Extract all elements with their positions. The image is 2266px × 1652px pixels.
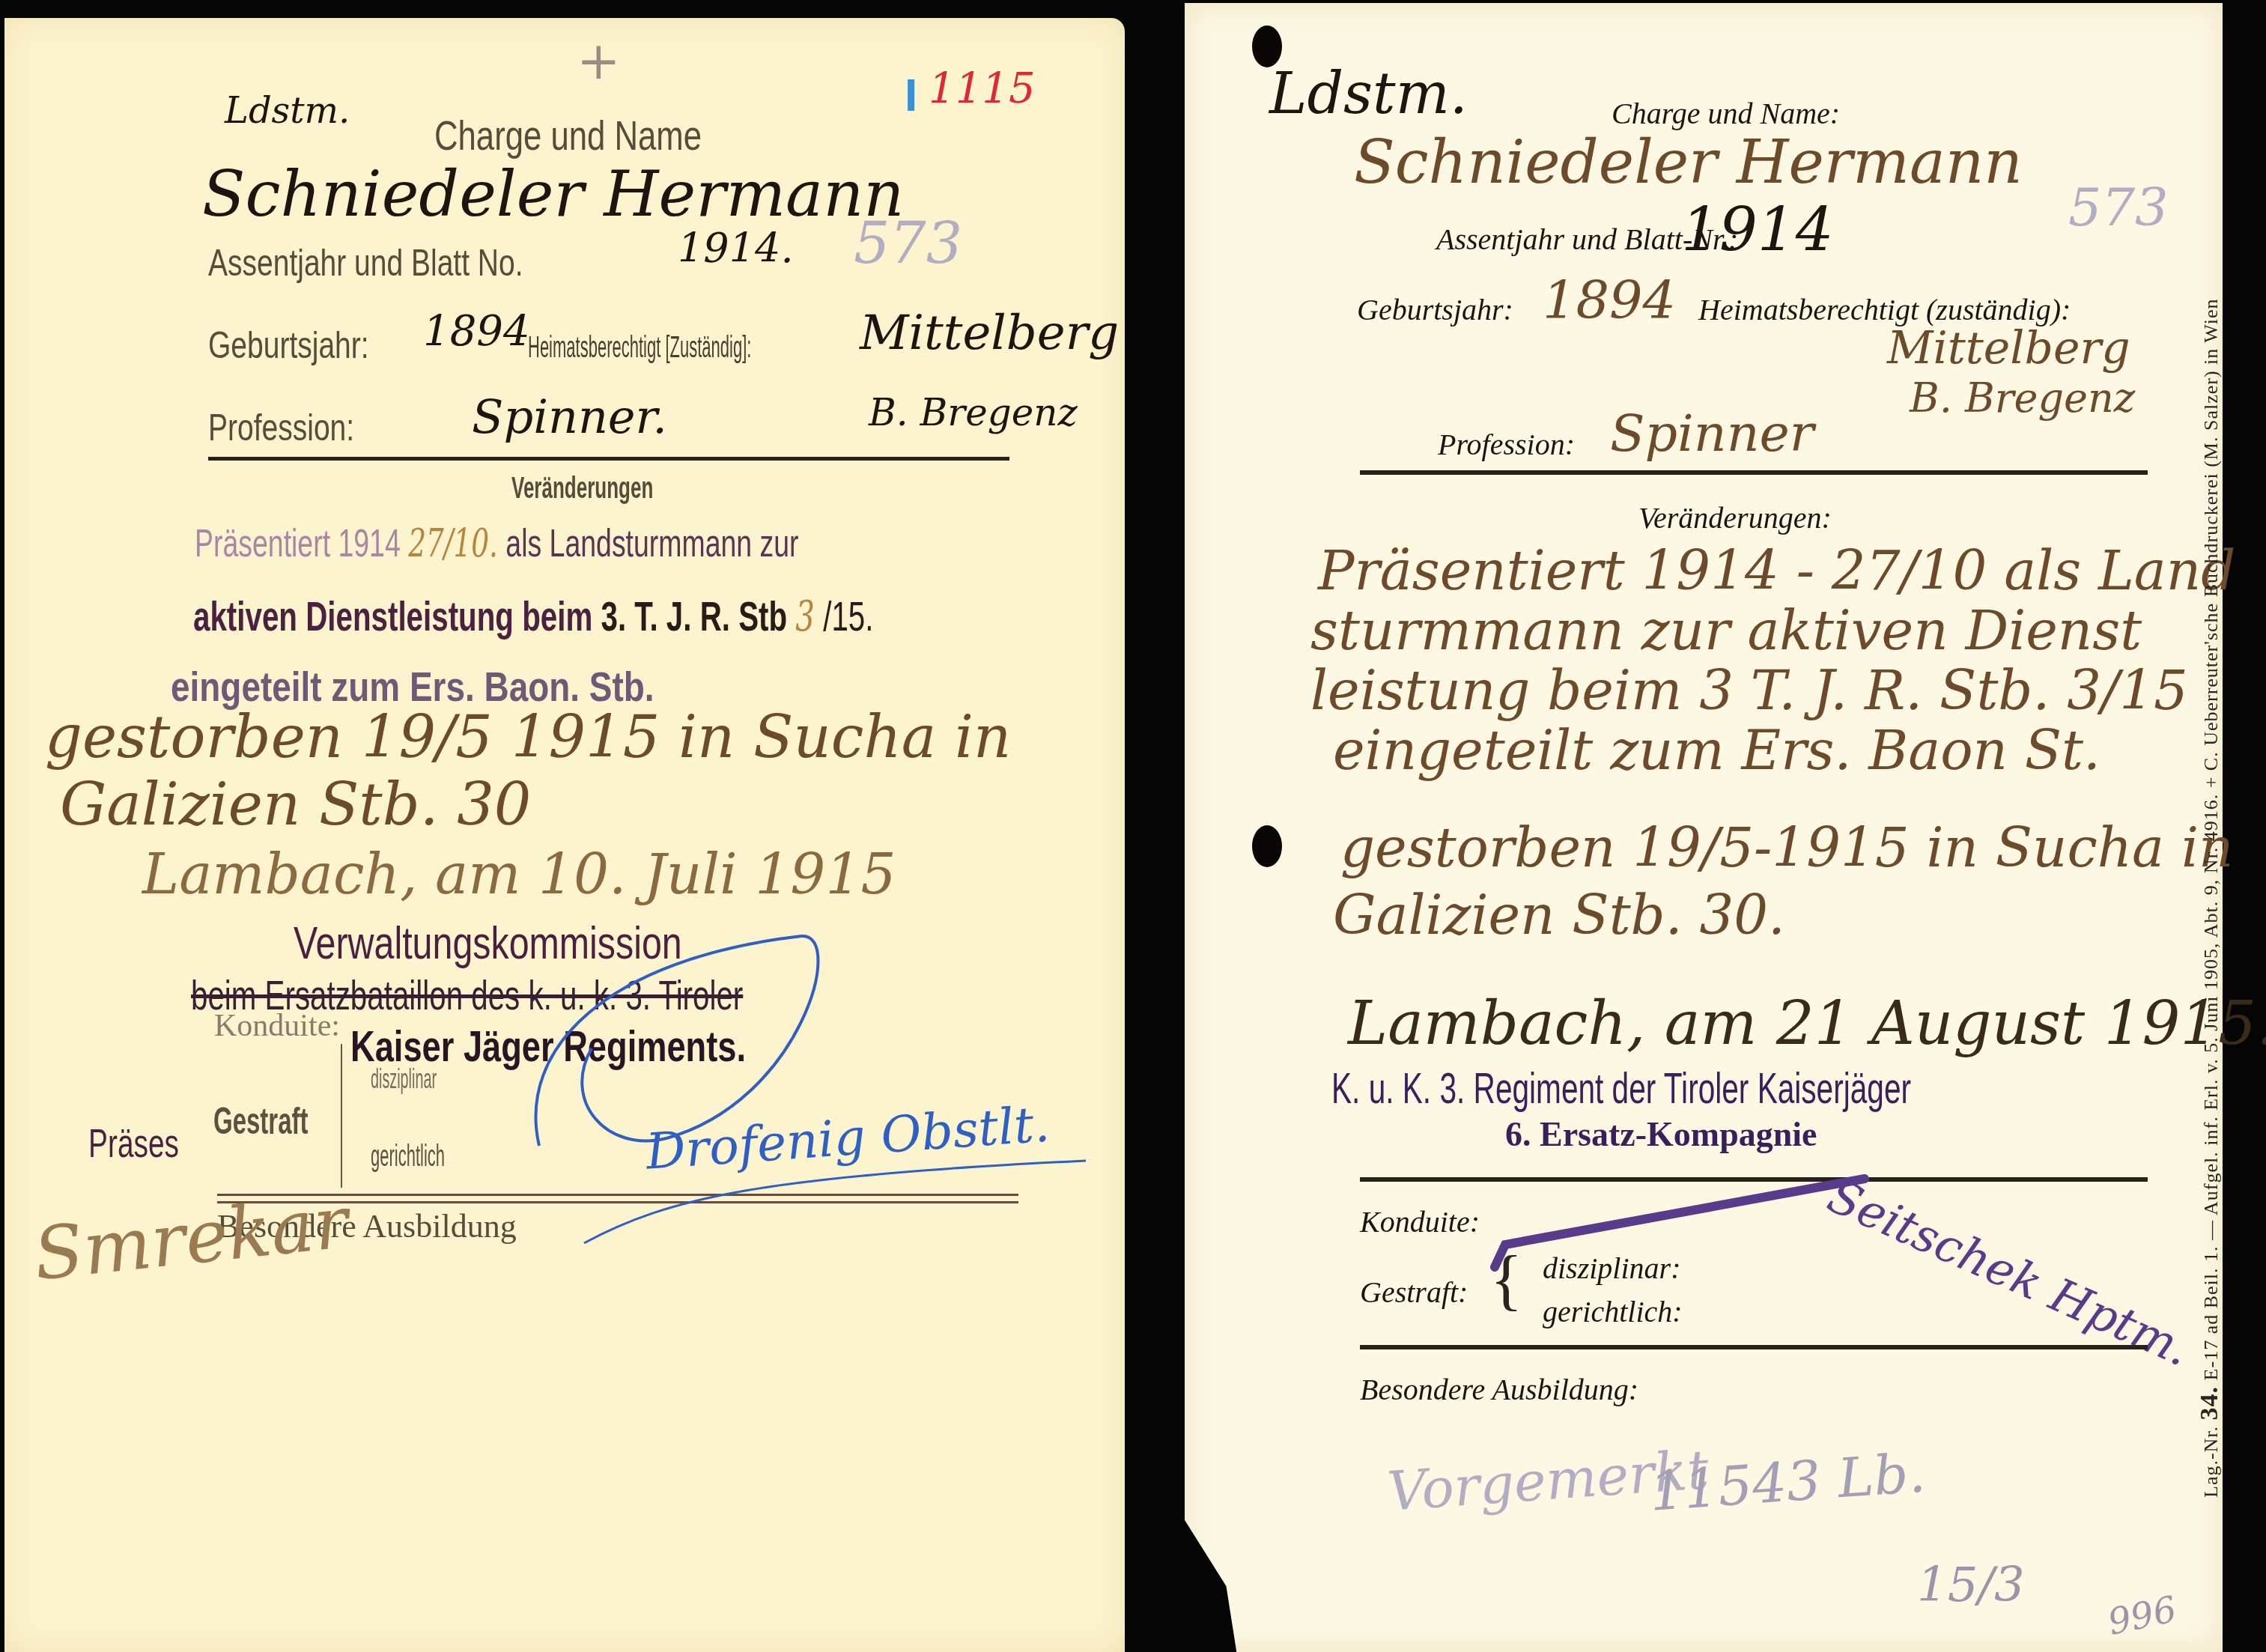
- rank-handwritten: Ldstm.: [225, 90, 350, 132]
- training-label: Besondere Ausbildung:: [1360, 1372, 1638, 1407]
- punished-bracket: [341, 1044, 342, 1188]
- disciplinary-label: disziplinar: [371, 1063, 437, 1095]
- judicial-label: gerichtlich: [371, 1140, 445, 1173]
- home-value-district: B. Bregenz: [1910, 374, 2135, 422]
- place-date: Lambach, am 10. Juli 1915: [142, 842, 896, 907]
- changes-line: eingeteilt zum Ers. Baon St.: [1333, 719, 2101, 782]
- death-record-line1: gestorben 19/5-1915 in Sucha in: [1340, 816, 2233, 879]
- rank-handwritten: Ldstm.: [1269, 60, 1468, 127]
- profession-value: Spinner: [1610, 404, 1814, 464]
- pencil-cross-mark: +: [577, 30, 621, 91]
- home-value-town: Mittelberg: [1887, 322, 2130, 374]
- changes-line: leistung beim 3 T. J. R. Stb. 3/15: [1310, 659, 2188, 722]
- name-handwritten: Schniedeler Hermann: [202, 157, 904, 231]
- training-rule: [1360, 1345, 2148, 1349]
- archive-number-red: 1115: [929, 64, 1036, 113]
- stamp-presented: Präsentiert 1914 27/10. als Landsturmman…: [195, 521, 799, 566]
- pencil-note-date: 15/3: [1917, 1558, 2025, 1613]
- profession-label: Profession:: [208, 406, 354, 449]
- signature-flourish-blue: [517, 914, 1116, 1258]
- death-record-line2: Galizien Stb. 30.: [1333, 884, 1785, 947]
- profession-value: Spinner.: [472, 389, 667, 444]
- place-date: Lambach, am 21 August 1915.: [1348, 989, 2266, 1058]
- regiment-stamp-line2: 6. Ersatz-Kompagnie: [1505, 1114, 1817, 1154]
- conduct-label: Konduite:: [1360, 1204, 1480, 1239]
- death-record-line2: Galizien Stb. 30: [60, 771, 531, 839]
- punished-label: Gestraft: [213, 1099, 309, 1143]
- conduct-label: Konduite:: [214, 1008, 340, 1044]
- blatt-number-pencil: 573: [2068, 177, 2169, 238]
- presented-date: 27/10.: [408, 521, 498, 566]
- birth-label: Geburtsjahr:: [208, 324, 369, 367]
- birth-label: Geburtsjahr:: [1357, 292, 1513, 327]
- district-value: B. Bregenz: [869, 391, 1078, 434]
- blatt-number-pencil: 573: [854, 210, 962, 276]
- assent-year: 1914.: [678, 225, 794, 272]
- changes-label: Veränderungen: [511, 472, 653, 505]
- changes-line: Präsentiert 1914 - 27/10 als Land: [1318, 539, 2235, 602]
- section-rule: [208, 457, 1009, 461]
- printer-imprint: Lag.-Nr. 34. E-17 ad Beil. 1. — Aufgel. …: [2196, 298, 2224, 1498]
- death-record-line1: gestorben 19/5 1915 in Sucha in: [45, 704, 1011, 771]
- section-rule: [1360, 470, 2148, 475]
- birth-year: 1894: [423, 307, 530, 356]
- regiment-stamp-line1: K. u. K. 3. Regiment der Tiroler Kaiserj…: [1331, 1063, 1911, 1114]
- home-label: Heimatsberechtigt [Zuständig]:: [528, 331, 751, 365]
- name-handwritten: Schniedeler Hermann: [1354, 127, 2023, 197]
- charge-label: Charge und Name:: [1612, 96, 1840, 131]
- assent-year: 1914: [1681, 195, 1834, 264]
- archive-mark-blue: I: [905, 69, 917, 122]
- punished-brace: {: [1490, 1242, 1522, 1319]
- punch-hole-bottom: [1252, 825, 1282, 867]
- stamp-active-service: aktiven Dienstleistung beim 3. T. J. R. …: [193, 592, 873, 641]
- home-value: Mittelberg: [860, 306, 1119, 361]
- changes-label: Veränderungen:: [1638, 500, 1832, 535]
- judicial-label: gerichtlich:: [1543, 1294, 1683, 1329]
- assent-label: Assentjahr und Blatt No.: [208, 241, 523, 285]
- disciplinary-label: disziplinar:: [1543, 1251, 1680, 1286]
- birth-year: 1894: [1543, 270, 1676, 331]
- charge-label: Charge und Name: [434, 111, 702, 160]
- punished-label: Gestraft:: [1360, 1275, 1468, 1310]
- profession-label: Profession:: [1438, 427, 1575, 462]
- president-stamp: Präses: [88, 1120, 179, 1167]
- changes-line: sturmmann zur aktiven Dienst: [1310, 599, 2142, 662]
